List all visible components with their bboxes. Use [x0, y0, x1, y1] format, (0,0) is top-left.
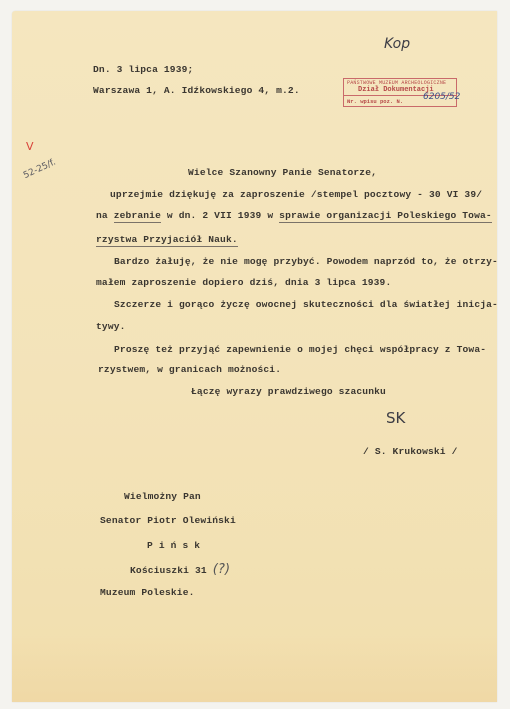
archive-stamp: PAŃSTWOWE MUZEUM ARCHEOLOGICZNE Dział Do… [343, 78, 457, 107]
recipient-city: P i ń s k [147, 540, 200, 552]
body-line-7: tywy. [96, 321, 126, 333]
handwritten-note-kop: Kop [384, 36, 410, 52]
stamp-entry-number: 6205/52 [423, 94, 460, 101]
handwritten-signature: SK [386, 409, 405, 427]
recipient-institution: Muzeum Poleskie. [100, 587, 195, 599]
underlined-society-name: rzystwa Przyjaciół Nauk. [96, 234, 238, 247]
closing: Łączę wyrazy prawdziwego szacunku [191, 386, 386, 398]
recipient-street-text: Kościuszki 31 [130, 565, 207, 576]
recipient-street: Kościuszki 31 (?) [130, 564, 230, 577]
body-line-9: rzystwem, w granicach możności. [98, 364, 281, 376]
body-line-4: Bardzo żałuję, że nie mogę przybyć. Powo… [114, 256, 498, 268]
body-line-8: Proszę też przyjąć zapewnienie o mojej c… [114, 344, 486, 356]
sender-address: Warszawa 1, A. Idźkowskiego 4, m.2. [93, 85, 300, 97]
body-line-6: Szczerze i gorąco życzę owocnej skuteczn… [114, 299, 498, 311]
body-line-2-c: w dn. 2 VII 1939 w [161, 210, 279, 221]
body-line-2-a: na [96, 210, 114, 221]
letter-page [12, 11, 497, 702]
underlined-sprawie: sprawie organizacji Poleskiego Towa- [279, 210, 492, 223]
body-line-2: na zebranie w dn. 2 VII 1939 w sprawie o… [96, 210, 492, 222]
date-line: Dn. 3 lipca 1939; [93, 64, 193, 76]
body-line-1: uprzejmie dziękuję za zaproszenie /stemp… [110, 189, 482, 201]
recipient-name: Senator Piotr Olewiński [100, 515, 236, 527]
red-check-icon: V [26, 140, 34, 153]
body-line-5: małem zaproszenie dopiero dziś, dnia 3 l… [96, 277, 391, 289]
recipient-title: Wielmożny Pan [124, 491, 201, 503]
underlined-zebranie: zebranie [114, 210, 161, 223]
salutation: Wielce Szanowny Panie Senatorze, [188, 167, 377, 179]
stamp-entry-label: Nr. wpisu poz. N. [347, 98, 403, 105]
handwritten-question-annotation: (?) [213, 562, 231, 577]
body-line-3: rzystwa Przyjaciół Nauk. [96, 234, 238, 246]
typed-signature: / S. Krukowski / [363, 446, 458, 458]
